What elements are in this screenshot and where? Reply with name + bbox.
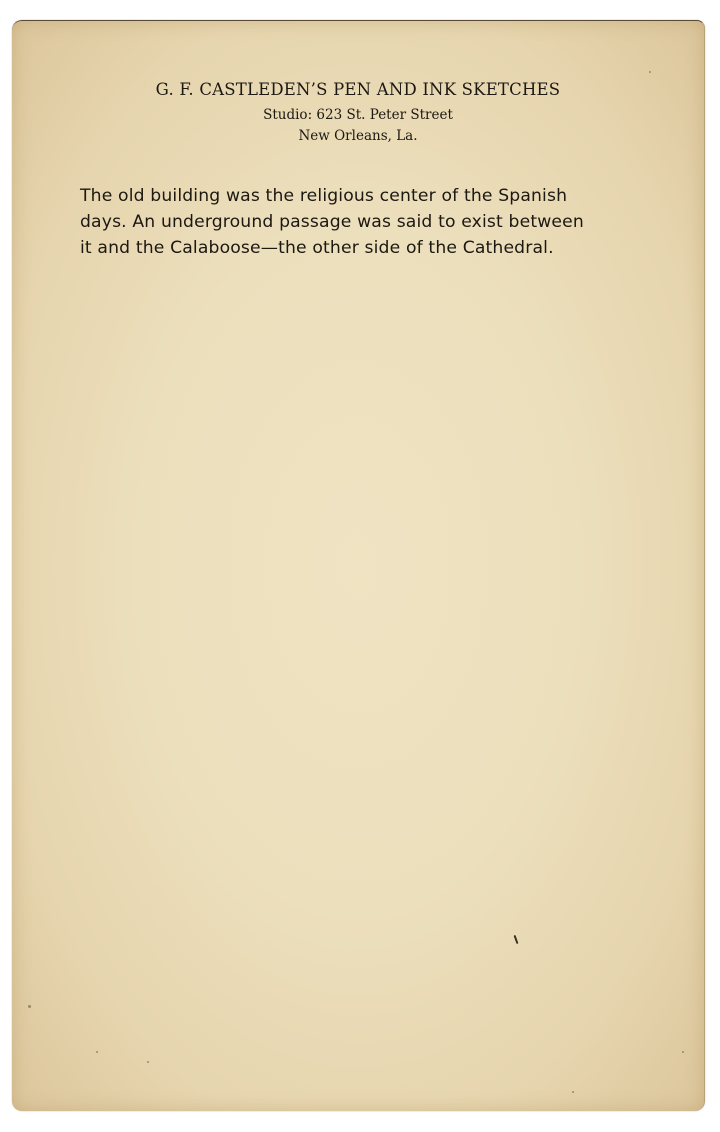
ink-mark [514,935,519,944]
paper-speck [572,1091,574,1093]
card-header: G. F. CASTLEDEN’S PEN AND INK SKETCHES S… [12,79,704,147]
card-description: The old building was the religious cente… [80,183,660,261]
paper-speck [147,1061,149,1063]
paper-speck [649,71,651,73]
paper-speck [96,1051,98,1053]
paper-speck [682,1051,684,1053]
artist-title: G. F. CASTLEDEN’S PEN AND INK SKETCHES [12,79,704,101]
studio-city: New Orleans, La. [12,126,704,147]
postcard-back: G. F. CASTLEDEN’S PEN AND INK SKETCHES S… [12,20,705,1111]
description-line: The old building was the religious cente… [80,183,660,209]
description-line: it and the Calaboose—the other side of t… [80,235,660,261]
paper-speck [28,1005,31,1008]
description-line: days. An underground passage was said to… [80,209,660,235]
studio-address: Studio: 623 St. Peter Street [12,105,704,126]
